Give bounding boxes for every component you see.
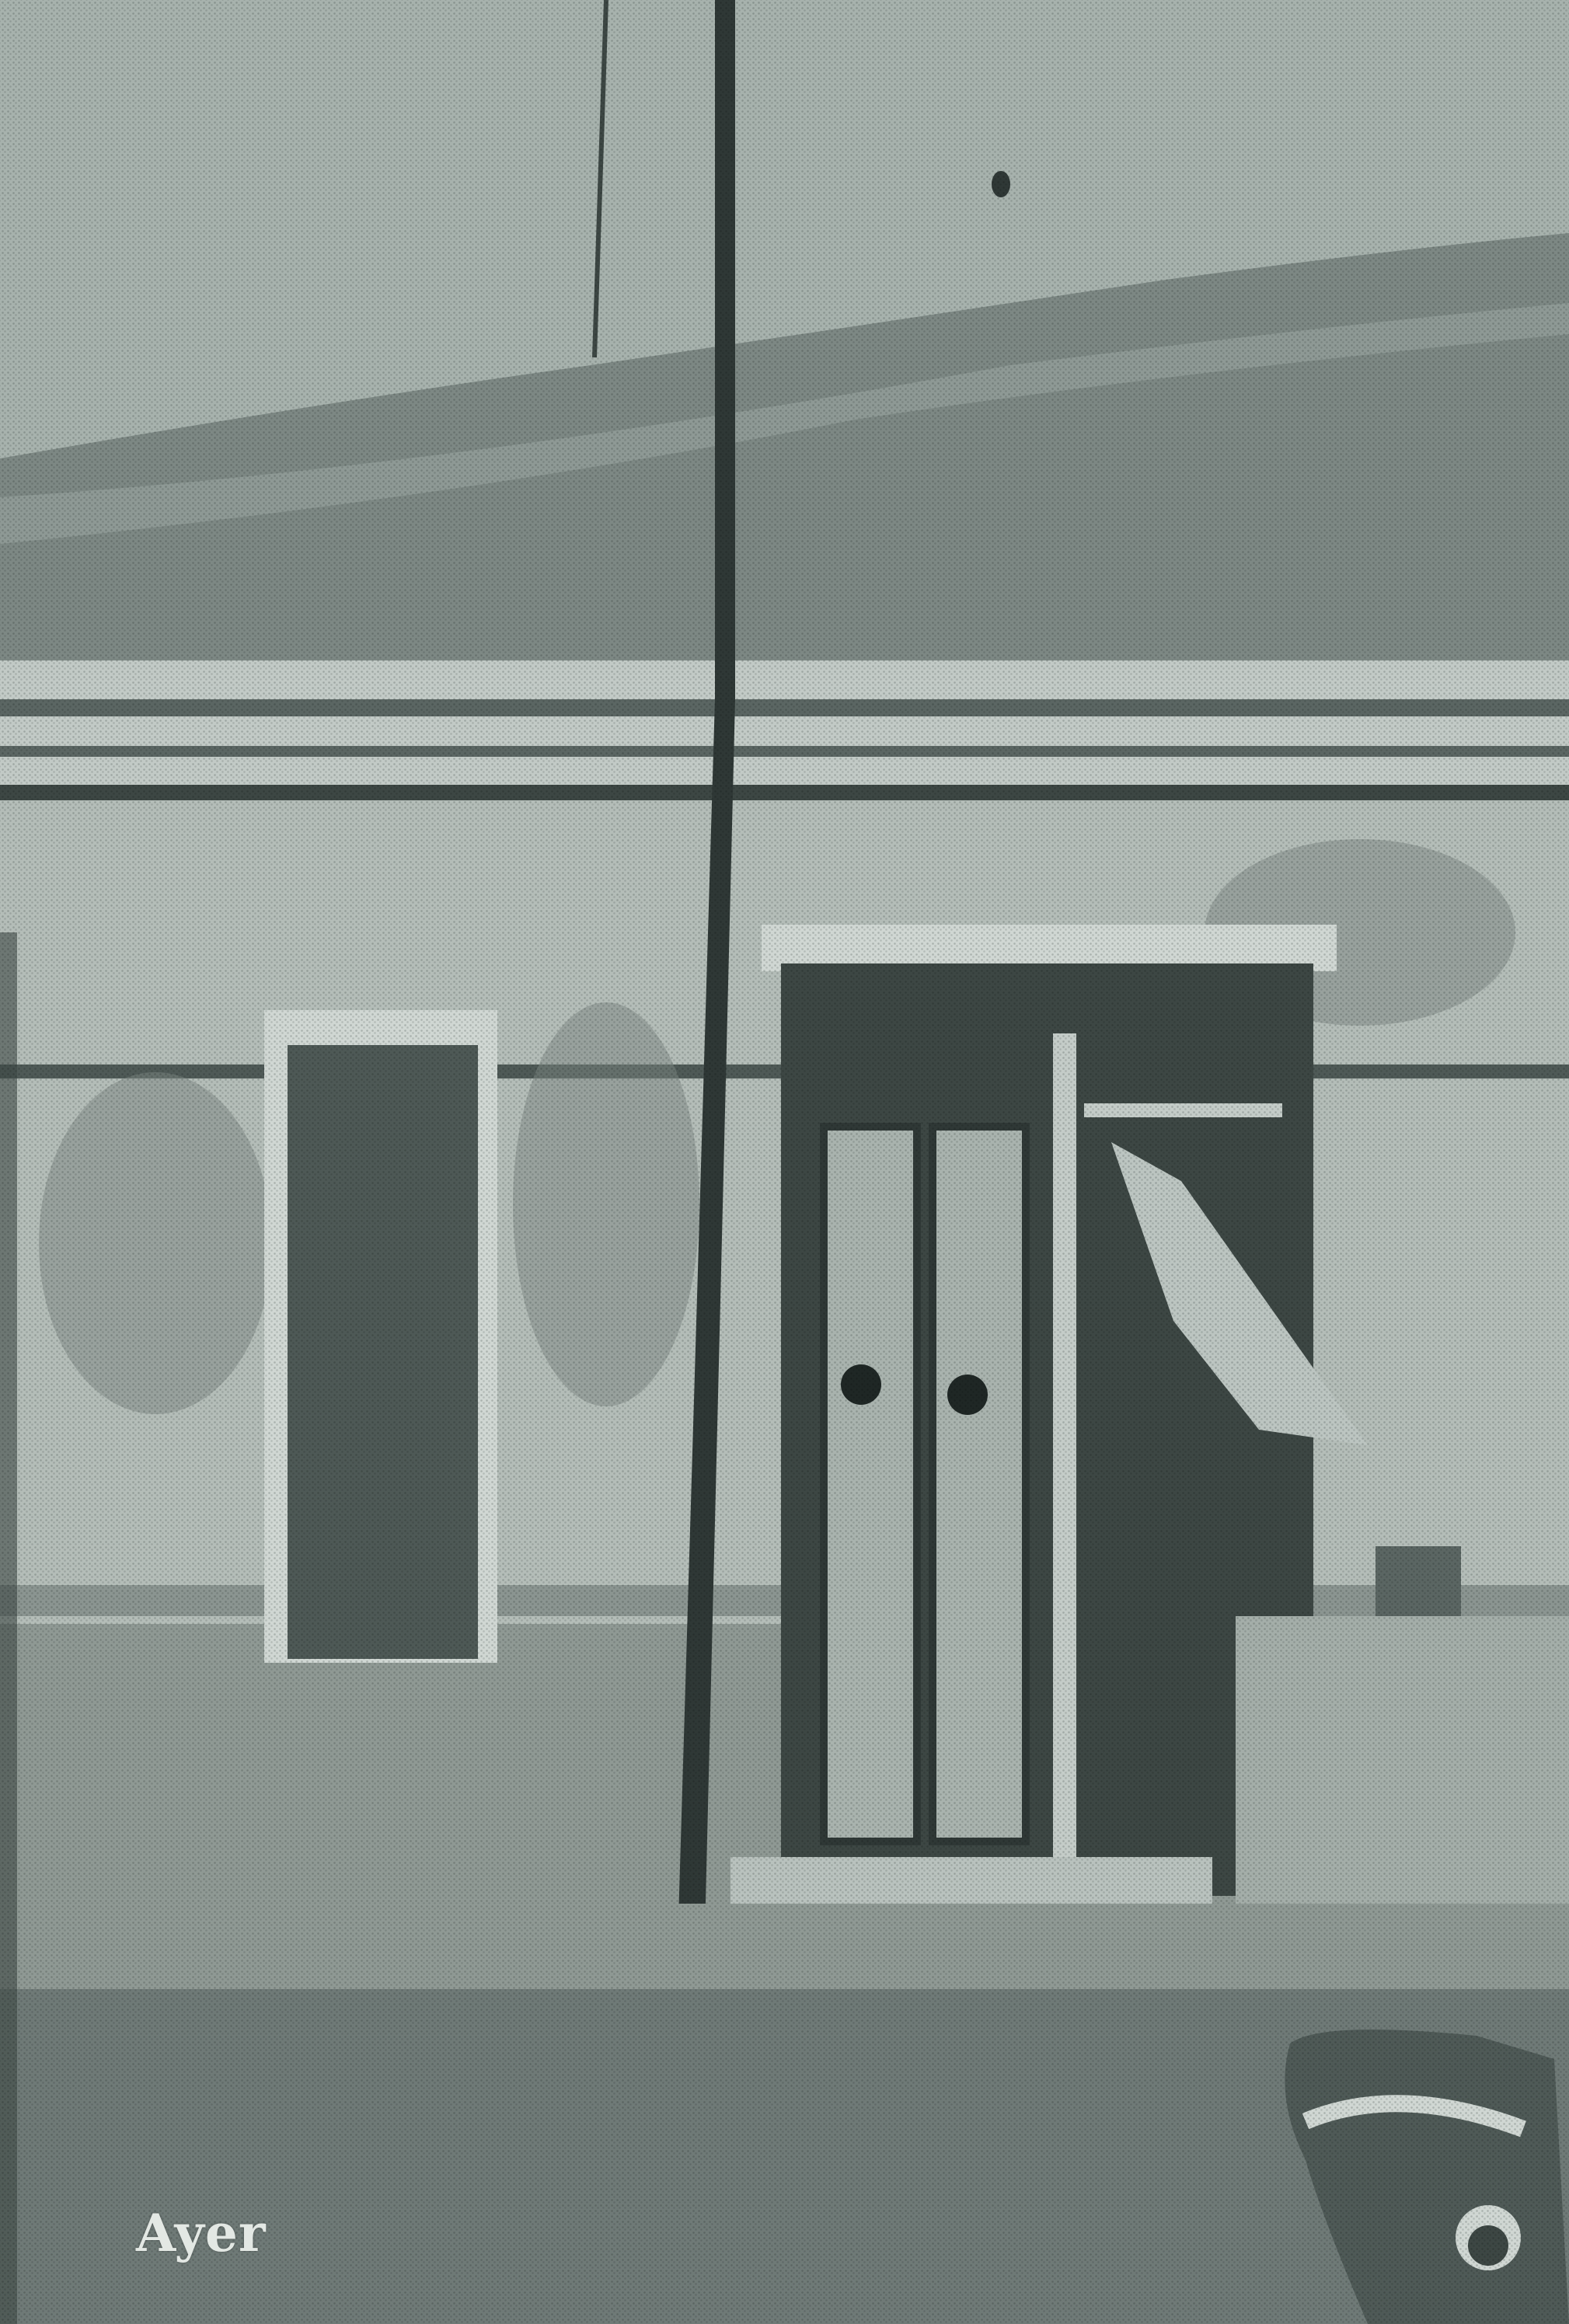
door-leaf-right (933, 1127, 1026, 1841)
newspaper-photo (0, 0, 1569, 2324)
distant-dot (992, 171, 1010, 197)
cornice-band (0, 660, 1569, 785)
door-step (730, 1857, 1212, 1904)
utility-pole-top (715, 0, 735, 699)
window-bricked (288, 1045, 478, 1659)
facade-illustration (0, 0, 1569, 2324)
door-knocker-right (947, 1375, 988, 1415)
photo-caption: Ayer (136, 2203, 267, 2263)
door-knocker-left (841, 1364, 881, 1405)
door-leaf-left (824, 1127, 917, 1841)
